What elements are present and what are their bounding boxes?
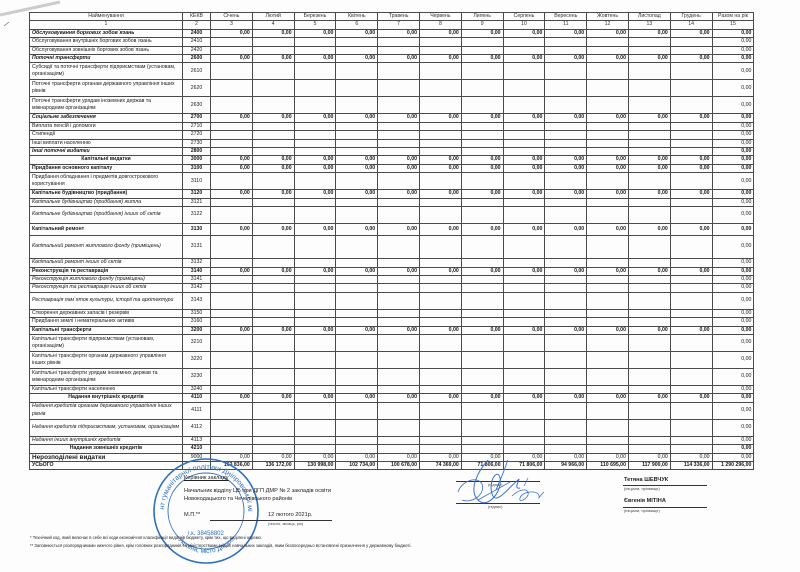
row-value: [545, 402, 587, 419]
row-value: [628, 236, 670, 259]
row-value: [252, 402, 294, 419]
row-code: 3122: [183, 207, 211, 224]
row-value: 0,00: [670, 224, 712, 236]
row-name: Капітальні трансферти урядам іноземних д…: [30, 368, 183, 385]
row-name: Поточні трансферти урядам іноземних держ…: [30, 97, 183, 114]
row-value: [378, 284, 420, 292]
row-value: [587, 351, 629, 368]
row-name: Капітальні трансферти підприємствам (уст…: [30, 334, 183, 351]
row-value: 0,00: [336, 326, 378, 334]
table-body: Обслуговування боргових зобов`язань24000…: [30, 29, 754, 470]
row-value: [670, 236, 712, 259]
row-value: [294, 97, 336, 114]
table-row: Поточні трансферти26000,000,000,000,000,…: [30, 55, 754, 63]
row-value: 0,00: [211, 114, 253, 122]
row-name: Обслуговування боргових зобов`язань: [30, 29, 183, 37]
row-value: [419, 173, 461, 190]
row-value: [336, 402, 378, 419]
row-code: 2410: [183, 38, 211, 46]
row-value: [461, 292, 503, 309]
column-number: 5: [294, 21, 336, 29]
row-name: Соціальне забезпечення: [30, 114, 183, 122]
row-value: 0,00: [545, 55, 587, 63]
column-header: Лютий: [252, 13, 294, 21]
row-value: [294, 259, 336, 267]
row-value: [503, 198, 545, 206]
table-row: Капітальні трансферти підприємствам (уст…: [30, 334, 754, 351]
row-value: [461, 318, 503, 326]
row-value: [378, 309, 420, 317]
row-value: [503, 334, 545, 351]
row-code: 3143: [183, 292, 211, 309]
row-value: 0,00: [336, 190, 378, 198]
row-code: 2620: [183, 80, 211, 97]
row-name: Реконструкція житлового фонду (приміщень…: [30, 275, 183, 283]
row-value: 0,00: [628, 190, 670, 198]
row-value: 0,00: [545, 267, 587, 275]
row-value: 0,00: [336, 29, 378, 37]
row-value: [211, 309, 253, 317]
row-name: Реконструкція та реставрація: [30, 267, 183, 275]
row-value: 0,00: [670, 164, 712, 172]
row-code: 3240: [183, 385, 211, 393]
row-value: [587, 402, 629, 419]
row-value: 0,00: [378, 114, 420, 122]
person1-caption: (ініціали, прізвище): [624, 486, 660, 491]
row-name: Капітальний ремонт інших об`єктів: [30, 259, 183, 267]
row-value: 0,00: [252, 394, 294, 402]
column-header: Найменування: [30, 13, 183, 21]
row-value: 0,00: [336, 267, 378, 275]
row-value: [419, 198, 461, 206]
row-value: [503, 148, 545, 156]
row-value: 0,00: [712, 236, 754, 259]
row-value: [545, 309, 587, 317]
row-value: 0,00: [670, 29, 712, 37]
row-value: [378, 97, 420, 114]
row-value: [628, 419, 670, 436]
row-code: 2600: [183, 55, 211, 63]
row-value: 0,00: [712, 326, 754, 334]
row-code: 2400: [183, 29, 211, 37]
row-value: [252, 122, 294, 130]
row-value: 0,00: [712, 80, 754, 97]
row-value: [336, 38, 378, 46]
row-value: [503, 436, 545, 444]
row-value: [503, 351, 545, 368]
row-value: [378, 445, 420, 453]
row-value: 0,00: [419, 156, 461, 164]
row-name: Надання зовнішніх кредитів: [30, 445, 183, 453]
row-value: [545, 419, 587, 436]
column-number: 10: [503, 21, 545, 29]
column-header: Березень: [294, 13, 336, 21]
row-value: 0,00: [628, 394, 670, 402]
row-value: [587, 63, 629, 80]
row-value: [587, 198, 629, 206]
person1-name: Тетяна ШЕВЧУК: [624, 477, 668, 483]
handwritten-signature: [448, 460, 568, 530]
row-value: [545, 292, 587, 309]
column-number: 12: [587, 21, 629, 29]
column-number: 8: [419, 21, 461, 29]
row-value: 114 336,00: [670, 461, 712, 469]
row-name: Капітальний ремонт житлового фонду (прим…: [30, 236, 183, 259]
row-value: 0,00: [712, 292, 754, 309]
row-value: [503, 309, 545, 317]
row-value: [294, 275, 336, 283]
row-value: 0,00: [503, 224, 545, 236]
row-value: [336, 259, 378, 267]
row-value: [628, 207, 670, 224]
official-stamp: Департамент гуманітарної політики Дніпро…: [150, 455, 262, 567]
row-value: [587, 46, 629, 54]
row-value: [628, 351, 670, 368]
row-value: [211, 275, 253, 283]
table-row: Придбання основного капіталу31000,000,00…: [30, 164, 754, 172]
row-value: [628, 139, 670, 147]
row-value: 0,00: [712, 55, 754, 63]
row-value: [336, 419, 378, 436]
row-value: [378, 318, 420, 326]
row-value: 0,00: [211, 394, 253, 402]
row-value: [252, 351, 294, 368]
row-value: [545, 139, 587, 147]
table-row: Капітальні трансферти органам державного…: [30, 351, 754, 368]
row-value: [336, 80, 378, 97]
row-value: 0,00: [587, 114, 629, 122]
row-value: 0,00: [712, 351, 754, 368]
row-value: [378, 334, 420, 351]
row-value: 0,00: [712, 368, 754, 385]
row-value: [378, 38, 420, 46]
date-value: 12 лютого 2021р.: [268, 512, 312, 518]
row-value: 0,00: [294, 55, 336, 63]
row-value: [628, 368, 670, 385]
row-value: 0,00: [628, 164, 670, 172]
row-value: [670, 122, 712, 130]
row-value: [628, 38, 670, 46]
table-row: Капітальний ремонт житлового фонду (прим…: [30, 236, 754, 259]
row-value: [294, 131, 336, 139]
row-name: Капітальне будівництво (придбання) інших…: [30, 207, 183, 224]
table-row: Реконструкція та реставрація31400,000,00…: [30, 267, 754, 275]
table-row: Інші поточні видатки28000,00: [30, 148, 754, 156]
row-value: 1 290 296,00: [712, 461, 754, 469]
row-code: 3160: [183, 318, 211, 326]
row-value: [378, 63, 420, 80]
row-value: [252, 385, 294, 393]
column-header: Червень: [419, 13, 461, 21]
row-value: [211, 38, 253, 46]
row-value: [211, 207, 253, 224]
row-value: [419, 275, 461, 283]
row-value: 0,00: [378, 224, 420, 236]
column-number: 11: [545, 21, 587, 29]
row-value: [503, 173, 545, 190]
row-value: 0,00: [587, 453, 629, 461]
table-row: Придбання обладнання і предметів довгост…: [30, 173, 754, 190]
row-value: [628, 131, 670, 139]
row-code: 3132: [183, 259, 211, 267]
row-value: 0,00: [712, 198, 754, 206]
table-row: Соціальне забезпечення27000,000,000,000,…: [30, 114, 754, 122]
row-value: 0,00: [378, 190, 420, 198]
row-value: [252, 436, 294, 444]
row-value: 0,00: [252, 55, 294, 63]
row-value: [461, 173, 503, 190]
row-value: 0,00: [211, 190, 253, 198]
row-value: [545, 131, 587, 139]
row-value: [503, 131, 545, 139]
row-value: [378, 139, 420, 147]
row-value: 0,00: [461, 114, 503, 122]
row-value: 0,00: [294, 267, 336, 275]
row-value: [670, 173, 712, 190]
table-row: Капітальне будівництво (придбання) інших…: [30, 207, 754, 224]
row-value: [294, 318, 336, 326]
row-value: [628, 445, 670, 453]
row-value: 0,00: [294, 114, 336, 122]
row-value: [211, 131, 253, 139]
row-value: [378, 131, 420, 139]
head-position-line2: Новокодацького та Чечелівського районів: [184, 496, 292, 502]
table-row: Надання інших внутрішніх кредитів41130,0…: [30, 436, 754, 444]
row-value: 0,00: [252, 190, 294, 198]
row-value: [587, 368, 629, 385]
row-value: [670, 198, 712, 206]
column-number: 9: [461, 21, 503, 29]
row-value: [628, 402, 670, 419]
row-value: 0,00: [503, 164, 545, 172]
column-header: Грудень: [670, 13, 712, 21]
row-value: [336, 122, 378, 130]
row-value: 0,00: [252, 164, 294, 172]
row-value: [503, 236, 545, 259]
row-value: 0,00: [252, 29, 294, 37]
row-value: [503, 402, 545, 419]
row-value: [378, 402, 420, 419]
table-row: Виплата пенсій і допомоги27100,00: [30, 122, 754, 130]
row-value: [503, 318, 545, 326]
row-value: [336, 97, 378, 114]
row-value: [503, 63, 545, 80]
row-value: 0,00: [211, 29, 253, 37]
row-value: [211, 122, 253, 130]
row-value: 0,00: [211, 267, 253, 275]
row-value: 0,00: [336, 224, 378, 236]
row-value: [419, 309, 461, 317]
row-value: [670, 38, 712, 46]
row-value: 0,00: [294, 190, 336, 198]
row-value: [211, 63, 253, 80]
row-value: [587, 139, 629, 147]
row-value: [419, 436, 461, 444]
row-value: [545, 351, 587, 368]
row-value: 0,00: [461, 55, 503, 63]
row-value: [211, 385, 253, 393]
column-number: 4: [252, 21, 294, 29]
row-name: Капітальний ремонт: [30, 224, 183, 236]
row-value: 0,00: [712, 156, 754, 164]
row-value: 0,00: [712, 173, 754, 190]
row-value: [211, 173, 253, 190]
row-code: 3131: [183, 236, 211, 259]
row-name: Надання кредитів органам державного упра…: [30, 402, 183, 419]
row-value: 0,00: [712, 63, 754, 80]
row-value: 0,00: [378, 394, 420, 402]
row-value: 0,00: [378, 55, 420, 63]
row-value: 0,00: [628, 114, 670, 122]
row-value: [545, 198, 587, 206]
row-value: [587, 259, 629, 267]
row-value: [628, 309, 670, 317]
row-value: [628, 259, 670, 267]
row-value: [419, 351, 461, 368]
row-value: [378, 236, 420, 259]
row-value: [336, 309, 378, 317]
svg-text:Департамент гуманітарної політ: Департамент гуманітарної політики Дніпро…: [150, 455, 254, 512]
row-name: Капітальне будівництво (придбання): [30, 190, 183, 198]
row-value: 0,00: [545, 224, 587, 236]
row-code: 3110: [183, 173, 211, 190]
row-value: [336, 46, 378, 54]
row-value: [211, 292, 253, 309]
row-value: [336, 334, 378, 351]
row-value: [670, 97, 712, 114]
row-value: [461, 385, 503, 393]
row-value: [628, 173, 670, 190]
row-name: Придбання основного капіталу: [30, 164, 183, 172]
row-value: [461, 309, 503, 317]
row-value: [461, 139, 503, 147]
row-value: [211, 259, 253, 267]
row-value: [628, 334, 670, 351]
row-value: 0,00: [712, 224, 754, 236]
row-value: [587, 436, 629, 444]
row-value: [670, 385, 712, 393]
row-value: [461, 63, 503, 80]
row-name: Реконструкція та реставрація інших об`єк…: [30, 284, 183, 292]
row-value: [294, 38, 336, 46]
row-value: [294, 207, 336, 224]
row-value: 0,00: [211, 156, 253, 164]
row-value: 0,00: [419, 224, 461, 236]
row-value: [336, 236, 378, 259]
row-value: [587, 318, 629, 326]
row-value: 0,00: [712, 334, 754, 351]
row-value: 0,00: [545, 114, 587, 122]
row-code: 4112: [183, 419, 211, 436]
row-value: [503, 445, 545, 453]
row-value: [545, 122, 587, 130]
row-name: Придбання землі і нематеріальних активів: [30, 318, 183, 326]
table-row: Капітальні видатки30000,000,000,000,000,…: [30, 156, 754, 164]
row-code: 4210: [183, 445, 211, 453]
row-value: [545, 368, 587, 385]
row-value: [419, 38, 461, 46]
row-name: Надання інших внутрішніх кредитів: [30, 436, 183, 444]
row-name: Стипендії: [30, 131, 183, 139]
row-value: [378, 351, 420, 368]
row-value: [587, 334, 629, 351]
row-value: [336, 351, 378, 368]
column-header: Листопад: [628, 13, 670, 21]
table-row: Реставрація пам`яток культури, історії т…: [30, 292, 754, 309]
row-value: 0,00: [712, 97, 754, 114]
row-value: [545, 63, 587, 80]
row-value: [461, 402, 503, 419]
row-value: [628, 63, 670, 80]
table-row: Капітальний ремонт31300,000,000,000,000,…: [30, 224, 754, 236]
row-value: 0,00: [461, 326, 503, 334]
row-value: [252, 80, 294, 97]
row-value: 0,00: [294, 29, 336, 37]
row-name: Обслуговування зовнішніх боргових зобов`…: [30, 46, 183, 54]
row-value: 0,00: [211, 224, 253, 236]
table-row: Створення державних запасів і резервів31…: [30, 309, 754, 317]
row-value: [336, 198, 378, 206]
row-value: 0,00: [461, 224, 503, 236]
row-value: [336, 368, 378, 385]
row-value: [545, 385, 587, 393]
row-value: [211, 368, 253, 385]
row-value: [503, 284, 545, 292]
column-number: 3: [211, 21, 253, 29]
row-value: [628, 80, 670, 97]
row-value: 0,00: [252, 326, 294, 334]
row-value: 0,00: [587, 224, 629, 236]
row-value: [336, 284, 378, 292]
row-value: [336, 385, 378, 393]
row-value: [461, 80, 503, 97]
row-value: [503, 368, 545, 385]
row-value: 0,00: [628, 29, 670, 37]
row-value: [587, 173, 629, 190]
row-value: [545, 173, 587, 190]
row-value: 0,00: [712, 385, 754, 393]
row-value: 0,00: [545, 190, 587, 198]
row-value: 0,00: [587, 164, 629, 172]
row-value: 0,00: [336, 55, 378, 63]
row-value: [294, 80, 336, 97]
row-value: [545, 207, 587, 224]
column-header: Вересень: [545, 13, 587, 21]
row-value: 0,00: [294, 453, 336, 461]
row-value: [461, 351, 503, 368]
row-value: 0,00: [712, 46, 754, 54]
row-value: [252, 173, 294, 190]
row-value: 0,00: [712, 38, 754, 46]
row-value: [252, 419, 294, 436]
row-value: [545, 334, 587, 351]
row-code: 3210: [183, 334, 211, 351]
row-value: [670, 284, 712, 292]
table-row: Капітальний ремонт інших об`єктів31320,0…: [30, 259, 754, 267]
row-value: [587, 419, 629, 436]
row-value: [294, 46, 336, 54]
row-value: 0,00: [670, 190, 712, 198]
row-value: 0,00: [461, 394, 503, 402]
row-name: Капітальні видатки: [30, 156, 183, 164]
footnote-2: ** Заповнюється розпорядниками нижчого р…: [30, 543, 412, 548]
row-value: [461, 436, 503, 444]
row-value: 0,00: [712, 275, 754, 283]
row-value: [461, 207, 503, 224]
row-value: [419, 80, 461, 97]
row-value: 0,00: [503, 29, 545, 37]
date-caption: (число, місяць, рік): [268, 521, 303, 526]
